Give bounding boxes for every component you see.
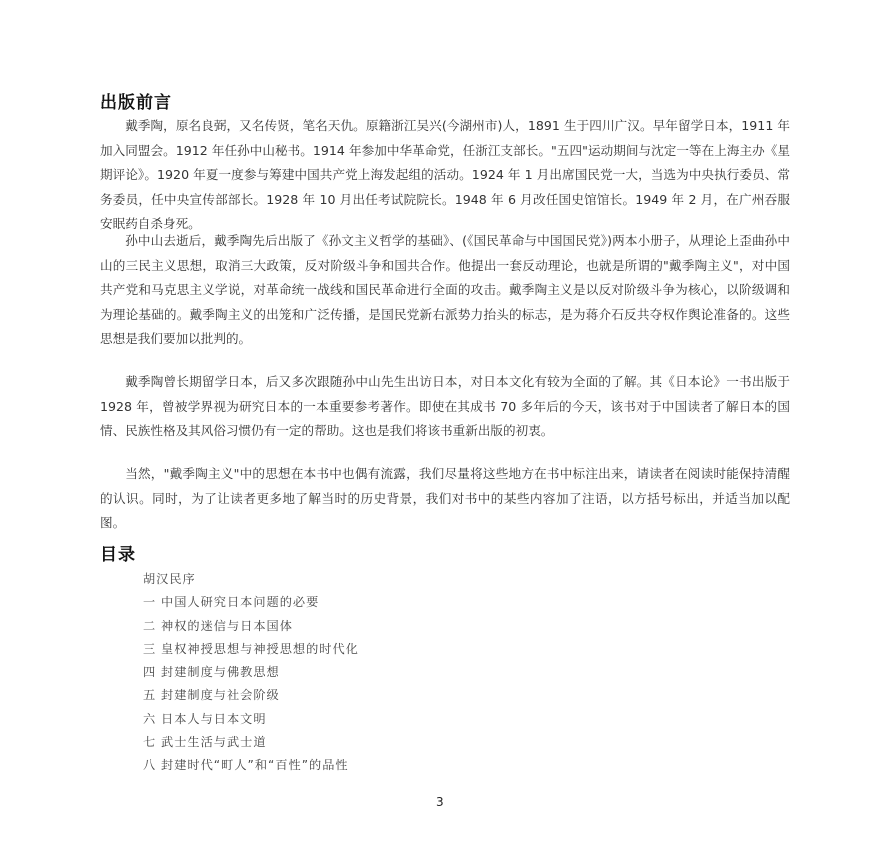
toc-item: 四 封建制度与佛教思想 [143,661,359,684]
toc-item: 一 中国人研究日本问题的必要 [143,591,359,614]
toc-item: 胡汉民序 [143,568,359,591]
toc-item: 六 日本人与日本文明 [143,708,359,731]
preface-title: 出版前言 [100,88,172,113]
preface-paragraph-4: 当然，"戴季陶主义"中的思想在本书中也偶有流露，我们尽量将这些地方在书中标注出来… [100,462,790,536]
table-of-contents: 胡汉民序 一 中国人研究日本问题的必要 二 神权的迷信与日本国体 三 皇权神授思… [143,568,359,778]
toc-item: 五 封建制度与社会阶级 [143,684,359,707]
toc-item: 七 武士生活与武士道 [143,731,359,754]
page-number: 3 [436,795,444,809]
preface-paragraph-1: 戴季陶，原名良弼，又名传贤，笔名天仇。原籍浙江吴兴(今湖州市)人，1891 生于… [100,114,790,237]
preface-paragraph-2: 孙中山去逝后，戴季陶先后出版了《孙文主义哲学的基础》、(《国民革命与中国国民党》… [100,229,790,352]
preface-paragraph-3: 戴季陶曾长期留学日本，后又多次跟随孙中山先生出访日本，对日本文化有较为全面的了解… [100,370,790,444]
toc-title: 目录 [100,540,136,565]
toc-item: 八 封建时代“町人”和“百性”的品性 [143,754,359,777]
toc-item: 二 神权的迷信与日本国体 [143,615,359,638]
toc-item: 三 皇权神授思想与神授思想的时代化 [143,638,359,661]
